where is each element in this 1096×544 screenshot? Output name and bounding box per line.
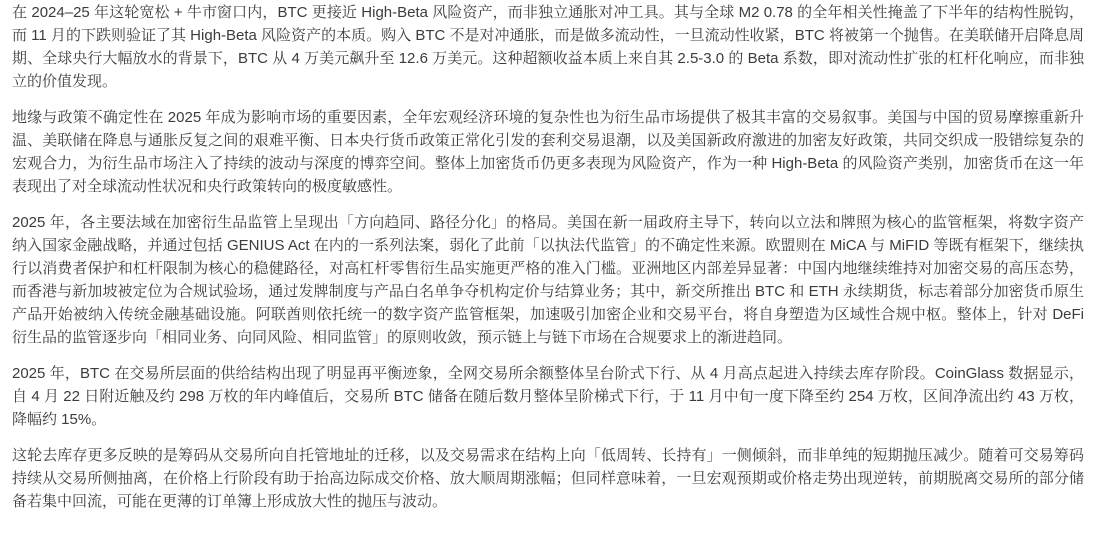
paragraph-regulation-landscape: 2025 年，各主要法域在加密衍生品监管上呈现出「方向趋同、路径分化」的格局。美… [12, 211, 1084, 349]
paragraph-btc-high-beta: 在 2024–25 年这轮宽松 + 牛市窗口内，BTC 更接近 High-Bet… [12, 1, 1084, 93]
paragraph-macro-uncertainty: 地缘与政策不确定性在 2025 年成为影响市场的重要因素，全年宏观经济环境的复杂… [12, 106, 1084, 198]
article: 在 2024–25 年这轮宽松 + 牛市窗口内，BTC 更接近 High-Bet… [0, 0, 1096, 513]
paragraph-destocking-interpretation: 这轮去库存更多反映的是筹码从交易所向自托管地址的迁移，以及交易需求在结构上向「低… [12, 444, 1084, 513]
paragraph-exchange-supply-rebalance: 2025 年，BTC 在交易所层面的供给结构出现了明显再平衡迹象，全网交易所余额… [12, 362, 1084, 431]
